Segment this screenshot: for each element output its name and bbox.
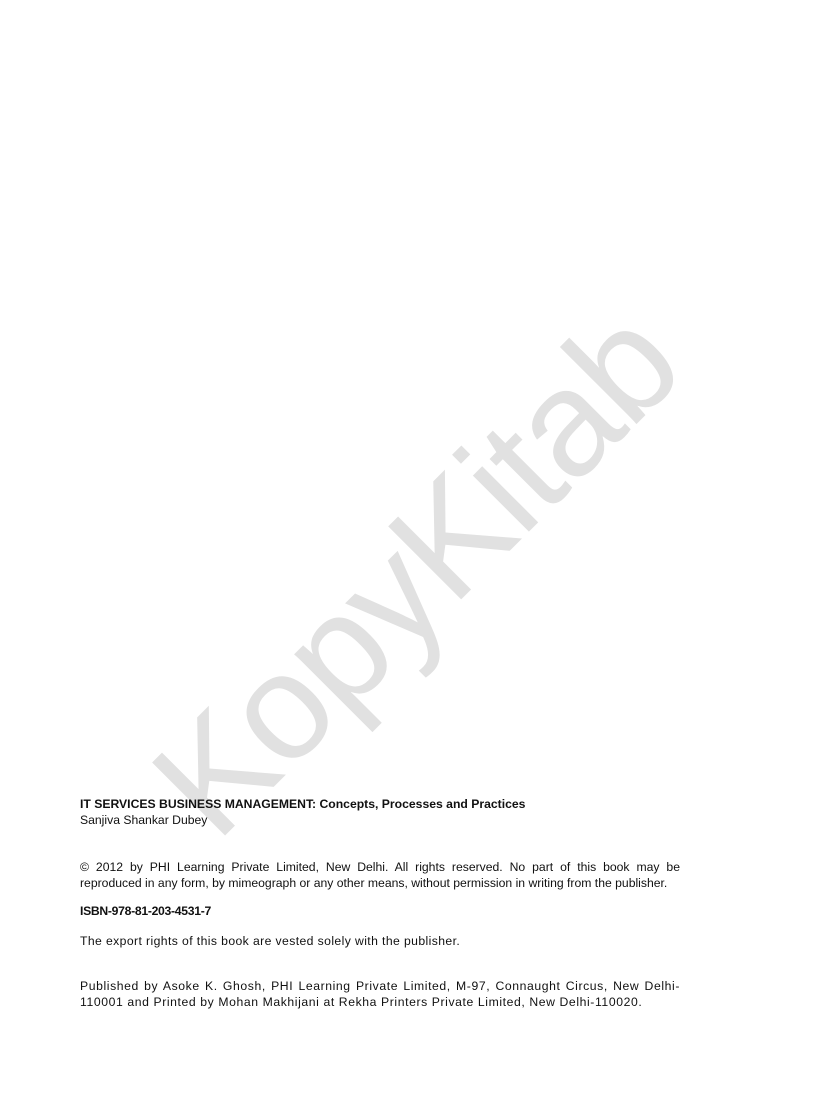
copyright-notice: © 2012 by PHI Learning Private Limited, … bbox=[80, 860, 680, 891]
watermark: KopyKitab bbox=[127, 284, 704, 861]
isbn: ISBN-978-81-203-4531-7 bbox=[80, 904, 680, 920]
publisher-info: Published by Asoke K. Ghosh, PHI Learnin… bbox=[80, 979, 680, 1010]
author-name: Sanjiva Shankar Dubey bbox=[80, 813, 680, 829]
book-title: IT SERVICES BUSINESS MANAGEMENT: Concept… bbox=[80, 797, 680, 813]
imprint-page: IT SERVICES BUSINESS MANAGEMENT: Concept… bbox=[80, 797, 680, 1010]
export-rights-notice: The export rights of this book are veste… bbox=[80, 934, 680, 950]
